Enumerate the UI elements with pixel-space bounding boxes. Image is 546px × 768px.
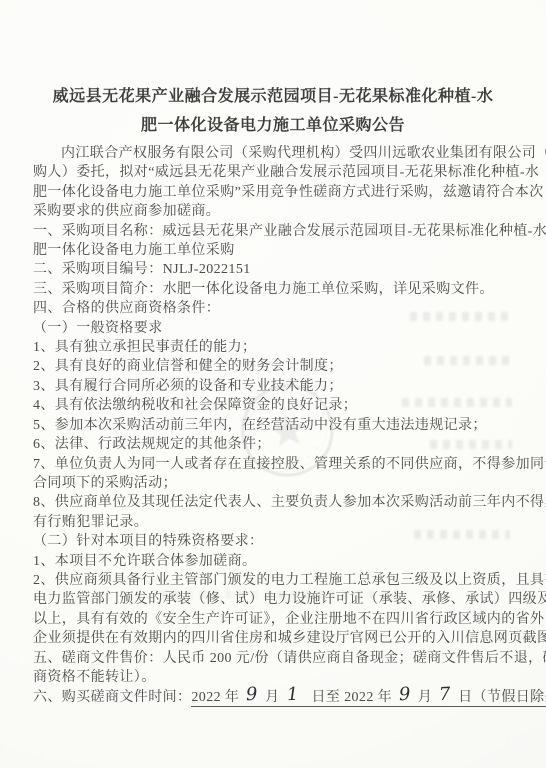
body-line: 以上，具有有效的《安全生产许可证》，企业注册地不在四川省行政区域内的省外 (33, 610, 512, 629)
body-line: （二）针对本项目的特殊资格要求： (33, 532, 512, 551)
body-line: 3、具有履行合同所必须的设备和专业技术能力； (33, 377, 512, 396)
handwritten-day-end: 7 (439, 686, 452, 705)
body-line: 肥一体化设备电力施工单位采购”采用竞争性磋商方式进行采购，兹邀请符合本次 (33, 183, 512, 202)
handwritten-month-start: 9 (246, 686, 259, 705)
body-line: 四、合格的供应商资格条件： (33, 299, 512, 318)
body-line: 1、本项目不允许联合体参加磋商。 (33, 552, 512, 571)
scanned-document-page: 威远县无花果产业融合发展示范园项目-无花果标准化种植-水 肥一体化设备电力施工单… (0, 0, 546, 768)
body-line: 8、供应商单位及其现任法定代表人、主要负责人参加本次采购活动前三年内不得具 (33, 493, 512, 512)
body-line: 肥一体化设备电力施工单位采购 (33, 241, 512, 260)
purchase-period-label: 六、购买磋商文件时间： (33, 690, 191, 705)
body-line: 购人）委托，拟对“威远县无花果产业融合发展示范园项目-无花果标准化种植-水 (33, 163, 512, 182)
body-line: 有行贿犯罪记录。 (33, 513, 512, 532)
body-line: 电力监管部门颁发的承装（修、试）电力设施许可证（承装、承修、承试）四级及 (33, 590, 512, 609)
body-line: 三、采购项目简介：水肥一体化设备电力施工单位采购，详见采购文件。 (33, 280, 512, 299)
document-title-line-1: 威远县无花果产业融合发展示范园项目-无花果标准化种植-水 (40, 82, 506, 111)
body-line: 采购要求的供应商参加磋商。 (33, 202, 512, 221)
document-body: 内江联合产权服务有限公司（采购代理机构）受四川远歌农业集团有限公司（采 购人）委… (33, 144, 512, 708)
body-line: 企业须提供在有效期内的四川省住房和城乡建设厅官网已公开的入川信息网页截图。 (33, 629, 512, 648)
body-line: 五、磋商文件售价：人民币 200 元/份（请供应商自备现金；磋商文件售后不退，磋 (33, 649, 512, 668)
body-line: 4、具有依法缴纳税收和社会保障资金的良好记录； (33, 396, 512, 415)
handwritten-month-end: 9 (399, 686, 412, 705)
body-line: 1、具有独立承担民事责任的能力； (33, 338, 512, 357)
body-line: （一）一般资格要求 (33, 319, 512, 338)
handwritten-day-start: 1 (286, 686, 299, 705)
document-title: 威远县无花果产业融合发展示范园项目-无花果标准化种植-水 肥一体化设备电力施工单… (0, 82, 546, 140)
body-line: 合同项下的采购活动； (33, 474, 512, 493)
body-line: 二、采购项目编号：NJLJ-2022151 (33, 260, 512, 279)
document-title-line-2: 肥一体化设备电力施工单位采购公告 (40, 111, 506, 140)
body-line: 5、参加本次采购活动前三年内，在经营活动中没有重大违法违规记录； (33, 416, 512, 435)
purchase-period-line: 六、购买磋商文件时间：2022 年9月1日至 2022 年9月7日（节假日除外）… (33, 687, 512, 707)
body-line: 7、单位负责人为同一人或者存在直接控股、管理关系的不同供应商，不得参加同一 (33, 455, 512, 474)
body-line: 一、采购项目名称：威远县无花果产业融合发展示范园项目-无花果标准化种植-水 (33, 222, 512, 241)
purchase-period-value: 2022 年9月1日至 2022 年9月7日（节假日除外）， (191, 690, 546, 707)
body-line: 2、具有良好的商业信誉和健全的财务会计制度； (33, 357, 512, 376)
body-line: 内江联合产权服务有限公司（采购代理机构）受四川远歌农业集团有限公司（采 (33, 144, 512, 163)
body-line: 2、供应商须具备行业主管部门颁发的电力工程施工总承包三级及以上资质，且具有 (33, 571, 512, 590)
body-line: 6、法律、行政法规规定的其他条件； (33, 435, 512, 454)
